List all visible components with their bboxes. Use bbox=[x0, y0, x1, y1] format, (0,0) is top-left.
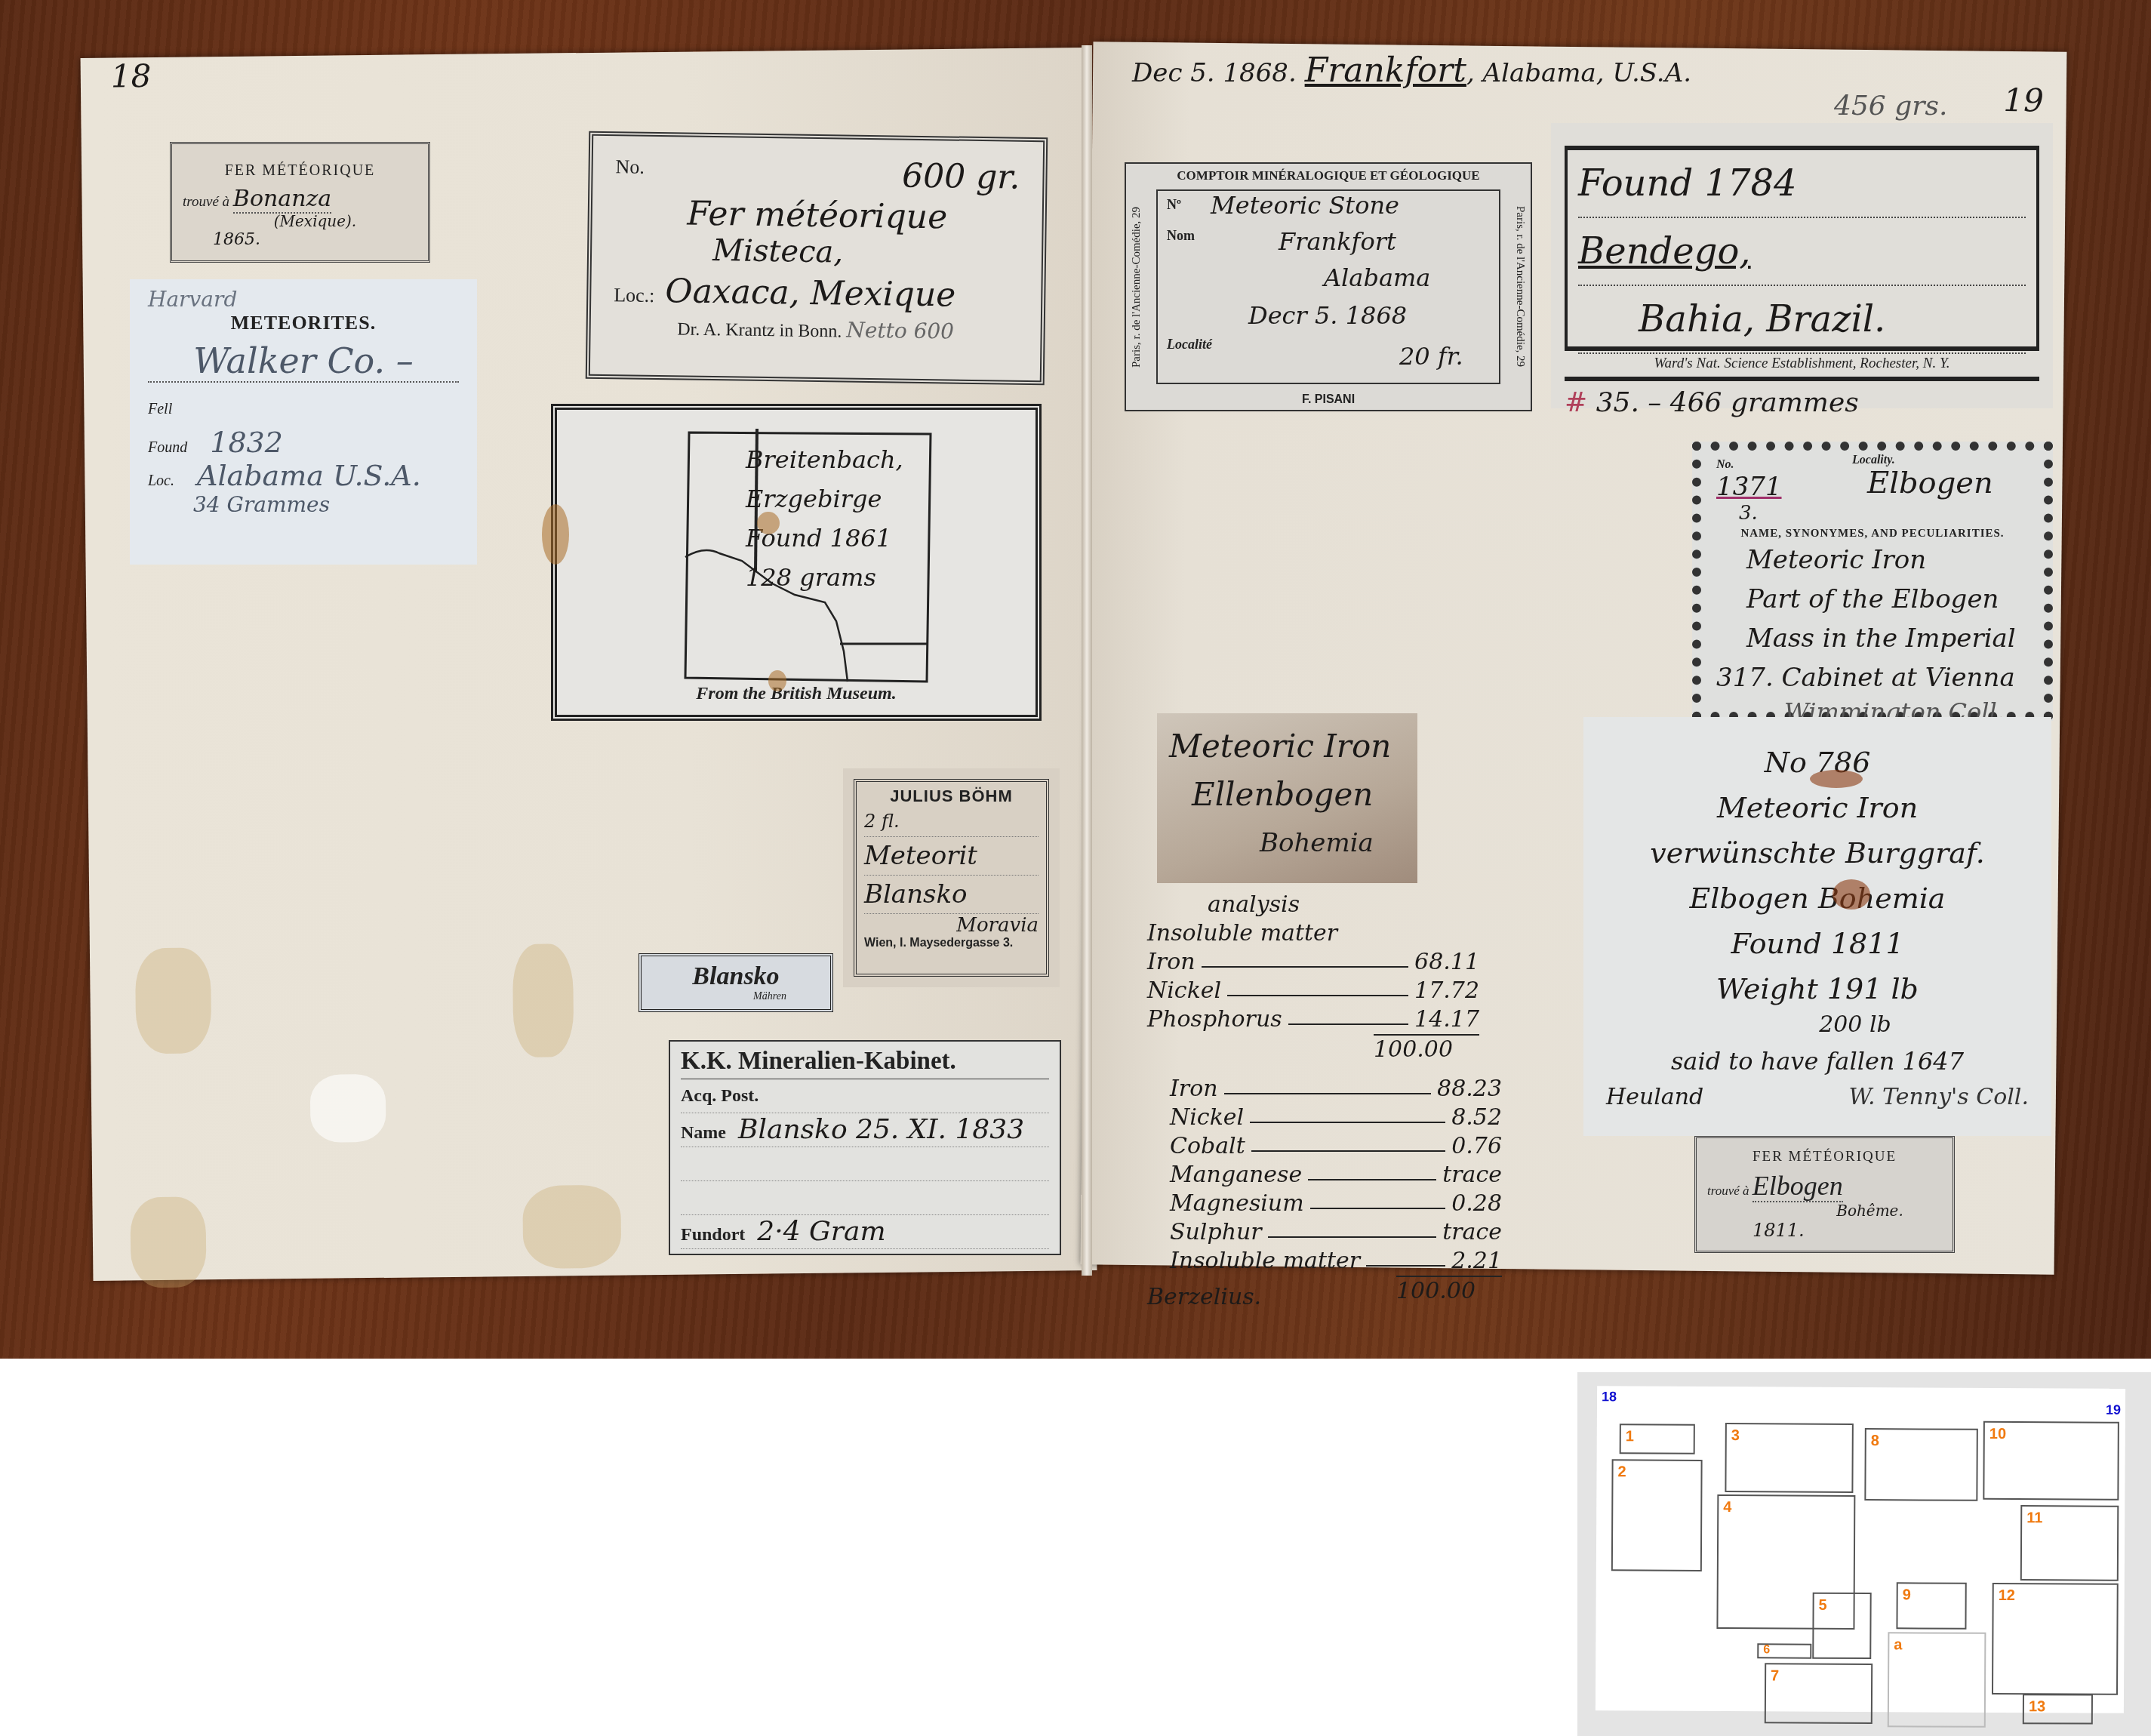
page-number-left: 18 bbox=[111, 57, 152, 95]
label-comptoir-pisani: COMPTOIR MINÉRALOGIQUE ET GÉOLOGIQUE Par… bbox=[1125, 162, 1532, 411]
leader-line bbox=[1224, 1075, 1432, 1094]
key-box-number: 7 bbox=[1771, 1667, 1779, 1685]
label-harvard-meteorites: Harvard METEORITES. Walker Co. – Fell Fo… bbox=[130, 279, 477, 565]
key-box-11: 11 bbox=[2020, 1505, 2119, 1581]
element-name: Iron bbox=[1147, 948, 1196, 977]
element-value: 2.21 bbox=[1451, 1247, 1502, 1276]
key-box-number: 4 bbox=[1723, 1499, 1731, 1516]
place-line: Bahia, Brazil. bbox=[1578, 286, 2026, 354]
meteorite-type: Meteorit bbox=[864, 837, 1039, 876]
fundort-value: 2·4 Gram bbox=[757, 1216, 885, 1247]
key-sheet: 18 19 1 2 3 4 5 6 7 8 9 a 10 11 12 13 bbox=[1596, 1386, 2125, 1713]
label-title: JULIUS BÖHM bbox=[864, 786, 1039, 806]
label-title: FER MÉTÉORIQUE bbox=[183, 162, 417, 180]
leader-line bbox=[1227, 977, 1408, 996]
found-row: Found1832 bbox=[148, 426, 459, 459]
weight: 600 gr. bbox=[902, 157, 1020, 197]
found-value: 1832 bbox=[210, 426, 283, 459]
name-row: NameBlansko 25. XI. 1833 bbox=[681, 1113, 1049, 1147]
label-blansko-mahren: Blansko Mähren bbox=[639, 953, 833, 1012]
leader-line bbox=[1251, 1132, 1445, 1152]
place: Blansko bbox=[864, 876, 1039, 914]
glue-residue bbox=[512, 943, 574, 1057]
element-name: Magnesium bbox=[1170, 1190, 1304, 1218]
line-4: 128 grams bbox=[746, 558, 903, 597]
found-prefix: trouvé à bbox=[183, 194, 229, 210]
pencil-note: Netto 600 bbox=[846, 318, 954, 344]
element-value: 0.28 bbox=[1451, 1190, 1502, 1218]
label-title: COMPTOIR MINÉRALOGIQUE ET GÉOLOGIQUE bbox=[1131, 168, 1526, 183]
signature-right: W. Tenny's Coll. bbox=[1848, 1084, 2029, 1110]
key-box-13: 13 bbox=[2023, 1694, 2093, 1724]
fell-row: Fell bbox=[148, 401, 459, 418]
key-box-number: a bbox=[1894, 1636, 1902, 1654]
key-page-left: 18 bbox=[1602, 1389, 1617, 1405]
key-box-5: 5 bbox=[1812, 1593, 1871, 1659]
meteorite-type: Fer météorique bbox=[614, 193, 1020, 237]
place: Misteca, bbox=[712, 233, 1020, 272]
weight-note: 456 grs. bbox=[1834, 91, 1947, 122]
element-value: 14.17 bbox=[1414, 1005, 1479, 1034]
book-spine bbox=[1082, 45, 1092, 1276]
line-1: Breitenbach, bbox=[746, 440, 903, 479]
loc-value: Alabama U.S.A. bbox=[197, 459, 421, 492]
leader-line bbox=[1366, 1247, 1445, 1267]
hand-name: Meteoric Stone bbox=[1211, 191, 1399, 220]
glue-residue bbox=[522, 1185, 621, 1269]
analysis-row: Magnesium0.28 bbox=[1170, 1190, 1502, 1218]
header-rest: , Alabama, U.S.A. bbox=[1466, 58, 1691, 88]
element-name: Iron bbox=[1170, 1075, 1218, 1103]
element-name: Nickel bbox=[1147, 977, 1221, 1005]
loc-label: Loc. bbox=[148, 472, 174, 489]
analysis-row: Phosphorus14.17 bbox=[1147, 1005, 1479, 1034]
fundort-label: Fundort bbox=[681, 1225, 745, 1245]
line-7: 200 lb bbox=[1682, 1011, 2029, 1039]
acq-row: Acq. Post. bbox=[681, 1079, 1049, 1113]
acq-label: Acq. Post. bbox=[681, 1086, 759, 1106]
key-box-1: 1 bbox=[1620, 1424, 1695, 1454]
country: Bohême. bbox=[1798, 1202, 1942, 1220]
footer: F. PISANI bbox=[1126, 393, 1531, 407]
key-box-number: 8 bbox=[1871, 1433, 1879, 1450]
side-address-right: Paris, r. de l'Ancienne-Comédie, 29 bbox=[1506, 194, 1526, 380]
number: 35. bbox=[1596, 387, 1639, 418]
element-value: 68.11 bbox=[1414, 948, 1479, 977]
key-box-number: 12 bbox=[1999, 1587, 2015, 1605]
element-name: Manganese bbox=[1170, 1161, 1302, 1190]
label-kk-mineralien-kabinet: K.K. Mineralien-Kabinet. Acq. Post. Name… bbox=[669, 1040, 1061, 1255]
place: Elbogen bbox=[1752, 1171, 1843, 1202]
weight: – 466 grammes bbox=[1648, 387, 1858, 418]
key-box-9: 9 bbox=[1896, 1582, 1966, 1629]
place: Bonanza bbox=[233, 186, 331, 214]
found-label: Found bbox=[148, 439, 187, 456]
leader-line bbox=[1288, 1005, 1409, 1025]
loc-label: Loc.: bbox=[614, 284, 655, 306]
key-box-number: 5 bbox=[1819, 1597, 1827, 1614]
key-box-number: 3 bbox=[1731, 1427, 1740, 1445]
analysis-total-1: 100.00 bbox=[1374, 1034, 1479, 1064]
country: (Mexique). bbox=[213, 212, 417, 230]
element-name: Sulphur bbox=[1170, 1218, 1262, 1247]
line-1: Meteoric Iron bbox=[1746, 540, 2029, 580]
leader-line bbox=[1202, 948, 1409, 968]
element-value: 88.23 bbox=[1437, 1075, 1502, 1103]
key-box-10: 10 bbox=[1983, 1421, 2119, 1501]
line-3: verwünschte Burggraf. bbox=[1606, 830, 2029, 876]
analysis-subheading: Insoluble matter bbox=[1147, 919, 1502, 948]
label-title: FER MÉTÉORIQUE bbox=[1707, 1149, 1942, 1165]
element-value: trace bbox=[1442, 1161, 1502, 1190]
hand-place: Frankfort bbox=[1279, 227, 1396, 256]
name-value: Blansko 25. XI. 1833 bbox=[738, 1114, 1024, 1145]
line-2: Ellenbogen bbox=[1192, 771, 1405, 819]
number-mark: # bbox=[1565, 387, 1587, 418]
key-box-3: 3 bbox=[1725, 1423, 1853, 1493]
key-box-number: 11 bbox=[2026, 1510, 2042, 1527]
found-line: Found 1784 bbox=[1578, 150, 2026, 218]
analysis-table-1: Iron68.11Nickel17.72Phosphorus14.17 bbox=[1147, 948, 1502, 1034]
glue-residue bbox=[130, 1196, 206, 1288]
localite-label: Localité bbox=[1167, 337, 1212, 352]
locality: Elbogen bbox=[1867, 466, 1993, 500]
key-box-12: 12 bbox=[1992, 1583, 2119, 1695]
key-box-number: 6 bbox=[1763, 1643, 1770, 1657]
analysis-row: Insoluble matter2.21 bbox=[1170, 1247, 1502, 1276]
year: 1811. bbox=[1752, 1220, 1942, 1241]
dealer: Dr. A. Krantz in Bonn. bbox=[677, 319, 842, 341]
line-3: Bohemia bbox=[1260, 819, 1405, 867]
label-julius-bohm: JULIUS BÖHM 2 fl. Meteorit Blansko Morav… bbox=[843, 768, 1060, 987]
key-box-a: a bbox=[1888, 1632, 1986, 1728]
hand-state: Alabama bbox=[1324, 263, 1430, 292]
caption: NAME, SYNONYMES, AND PECULIARITIES. bbox=[1716, 528, 2029, 540]
analysis-row: Nickel8.52 bbox=[1170, 1103, 1502, 1132]
glue-residue bbox=[135, 947, 211, 1054]
glue-residue bbox=[310, 1074, 386, 1143]
side-address-left: Paris, r. de l'Ancienne-Comédie, 29 bbox=[1131, 194, 1150, 380]
element-value: 17.72 bbox=[1414, 977, 1479, 1005]
label-key-diagram: 18 19 1 2 3 4 5 6 7 8 9 a 10 11 12 13 bbox=[1577, 1372, 2151, 1736]
name-line: Bendego, bbox=[1578, 218, 2026, 286]
leader-line bbox=[1250, 1103, 1445, 1123]
name-label: Name bbox=[681, 1123, 726, 1143]
element-name: Cobalt bbox=[1170, 1132, 1245, 1161]
key-box-number: 1 bbox=[1626, 1428, 1634, 1445]
label-fer-meteorique-elbogen: FER MÉTÉORIQUE trouvé à Elbogen Bohême. … bbox=[1694, 1136, 1955, 1253]
line-6: Weight 191 lb bbox=[1606, 966, 2029, 1011]
line-8: said to have fallen 1647 bbox=[1606, 1039, 2029, 1084]
key-box-6: 6 bbox=[1757, 1643, 1811, 1658]
analysis-row: Sulphurtrace bbox=[1170, 1218, 1502, 1247]
line-2: Meteoric Iron bbox=[1606, 785, 2029, 830]
label-krantz-misteca: No. 600 gr. Fer météorique Misteca, Loc.… bbox=[586, 131, 1048, 385]
element-name: Nickel bbox=[1170, 1103, 1244, 1132]
page-number-right: 19 bbox=[2003, 82, 2044, 119]
label-british-museum-breitenbach: Breitenbach, Erzgebirge Found 1861 128 g… bbox=[551, 404, 1042, 721]
meteorite-name: Walker Co. – bbox=[148, 340, 459, 383]
signature-left: Heuland bbox=[1606, 1084, 1703, 1110]
region: Mähren bbox=[709, 991, 830, 1003]
key-box-7: 7 bbox=[1765, 1663, 1873, 1724]
line-1: Meteoric Iron bbox=[1169, 722, 1405, 771]
stain bbox=[542, 504, 569, 565]
blank-row bbox=[681, 1147, 1049, 1181]
element-value: trace bbox=[1442, 1218, 1502, 1247]
label-title: METEORITES. bbox=[148, 312, 459, 334]
element-value: 8.52 bbox=[1451, 1103, 1502, 1132]
pencil-note: Harvard bbox=[148, 287, 459, 312]
key-box-number: 10 bbox=[1989, 1426, 2006, 1443]
page-header: Dec 5. 1868. Frankfort, Alabama, U.S.A. bbox=[1132, 51, 1691, 90]
fundort-row: Fundort2·4 Gram bbox=[681, 1215, 1049, 1249]
analysis-heading: analysis bbox=[1208, 891, 1502, 919]
key-box-8: 8 bbox=[1864, 1428, 1978, 1501]
rust-stain bbox=[1810, 770, 1863, 788]
address: Wien, I. Maysedergasse 3. bbox=[864, 937, 1039, 950]
element-value: 0.76 bbox=[1451, 1132, 1502, 1161]
footer: From the British Museum. bbox=[557, 684, 1035, 704]
hand-price: 20 fr. bbox=[1399, 342, 1463, 371]
analysis-table-2: Iron88.23Nickel8.52Cobalt0.76Manganesetr… bbox=[1170, 1075, 1502, 1276]
element-name: Insoluble matter bbox=[1170, 1247, 1360, 1276]
header-place: Frankfort bbox=[1305, 51, 1466, 90]
key-page-right: 19 bbox=[2106, 1402, 2121, 1418]
label-fer-meteorique-bonanza: FER MÉTÉORIQUE trouvé à Bonanza (Mexique… bbox=[170, 142, 430, 263]
analysis-row: Cobalt0.76 bbox=[1170, 1132, 1502, 1161]
header-date: Dec 5. 1868. bbox=[1132, 58, 1297, 88]
label-ellenbogen: Meteoric Iron Ellenbogen Bohemia bbox=[1157, 713, 1417, 883]
key-box-number: 9 bbox=[1903, 1587, 1911, 1604]
weight: 34 Grammes bbox=[193, 492, 459, 517]
place: Blansko bbox=[642, 962, 830, 991]
loc-value: Oaxaca, Mexique bbox=[665, 272, 955, 314]
element-name: Phosphorus bbox=[1147, 1005, 1282, 1034]
margin-number: 317. bbox=[1716, 663, 1774, 693]
key-box-2: 2 bbox=[1611, 1459, 1703, 1571]
key-box-number: 13 bbox=[2029, 1698, 2045, 1716]
label-elbogen-1371: No. 1371 3. Locality. Elbogen NAME, SYNO… bbox=[1692, 442, 2053, 721]
line-4: Elbogen Bohemia bbox=[1606, 876, 2029, 921]
line-4-text: Cabinet at Vienna bbox=[1782, 663, 2015, 693]
hand-date: Decr 5. 1868 bbox=[1248, 301, 1407, 330]
analysis-row: Iron68.11 bbox=[1147, 948, 1479, 977]
year: 1865. bbox=[213, 230, 417, 249]
fell-label: Fell bbox=[148, 401, 172, 417]
leader-line bbox=[1308, 1161, 1436, 1180]
found-prefix: trouvé à bbox=[1707, 1183, 1749, 1198]
stain bbox=[768, 670, 786, 691]
sub-number: 3. bbox=[1739, 502, 2029, 525]
analysis-row: Manganesetrace bbox=[1170, 1161, 1502, 1190]
leader-line bbox=[1268, 1218, 1437, 1238]
stain bbox=[757, 512, 780, 534]
weight-line: # 35. – 466 grammes bbox=[1565, 387, 2039, 418]
key-box-number: 2 bbox=[1617, 1464, 1626, 1481]
region: Moravia bbox=[864, 914, 1039, 937]
leader-line bbox=[1310, 1190, 1446, 1209]
label-title: K.K. Mineralien-Kabinet. bbox=[681, 1048, 1049, 1079]
blank-row bbox=[681, 1181, 1049, 1215]
price: 2 fl. bbox=[864, 806, 1039, 837]
analysis-row: Iron88.23 bbox=[1170, 1075, 1502, 1103]
line-4: 317. Cabinet at Vienna bbox=[1716, 658, 2029, 697]
line-2: Part of the Elbogen bbox=[1746, 580, 2029, 619]
line-5: Found 1811 bbox=[1606, 921, 2029, 966]
label-wards-bendego: Found 1784 Bendego, Bahia, Brazil. Ward'… bbox=[1551, 123, 2053, 408]
analysis-row: Nickel17.72 bbox=[1147, 977, 1479, 1005]
line-3: Mass in the Imperial bbox=[1746, 619, 2029, 658]
chemical-analysis: analysis Insoluble matter Iron68.11Nicke… bbox=[1147, 891, 1502, 1312]
label-elbogen-786: No 786 Meteoric Iron verwünschte Burggra… bbox=[1583, 717, 2051, 1136]
loc-row: Loc.Alabama U.S.A. bbox=[148, 459, 459, 492]
rust-stain bbox=[1833, 879, 1870, 910]
